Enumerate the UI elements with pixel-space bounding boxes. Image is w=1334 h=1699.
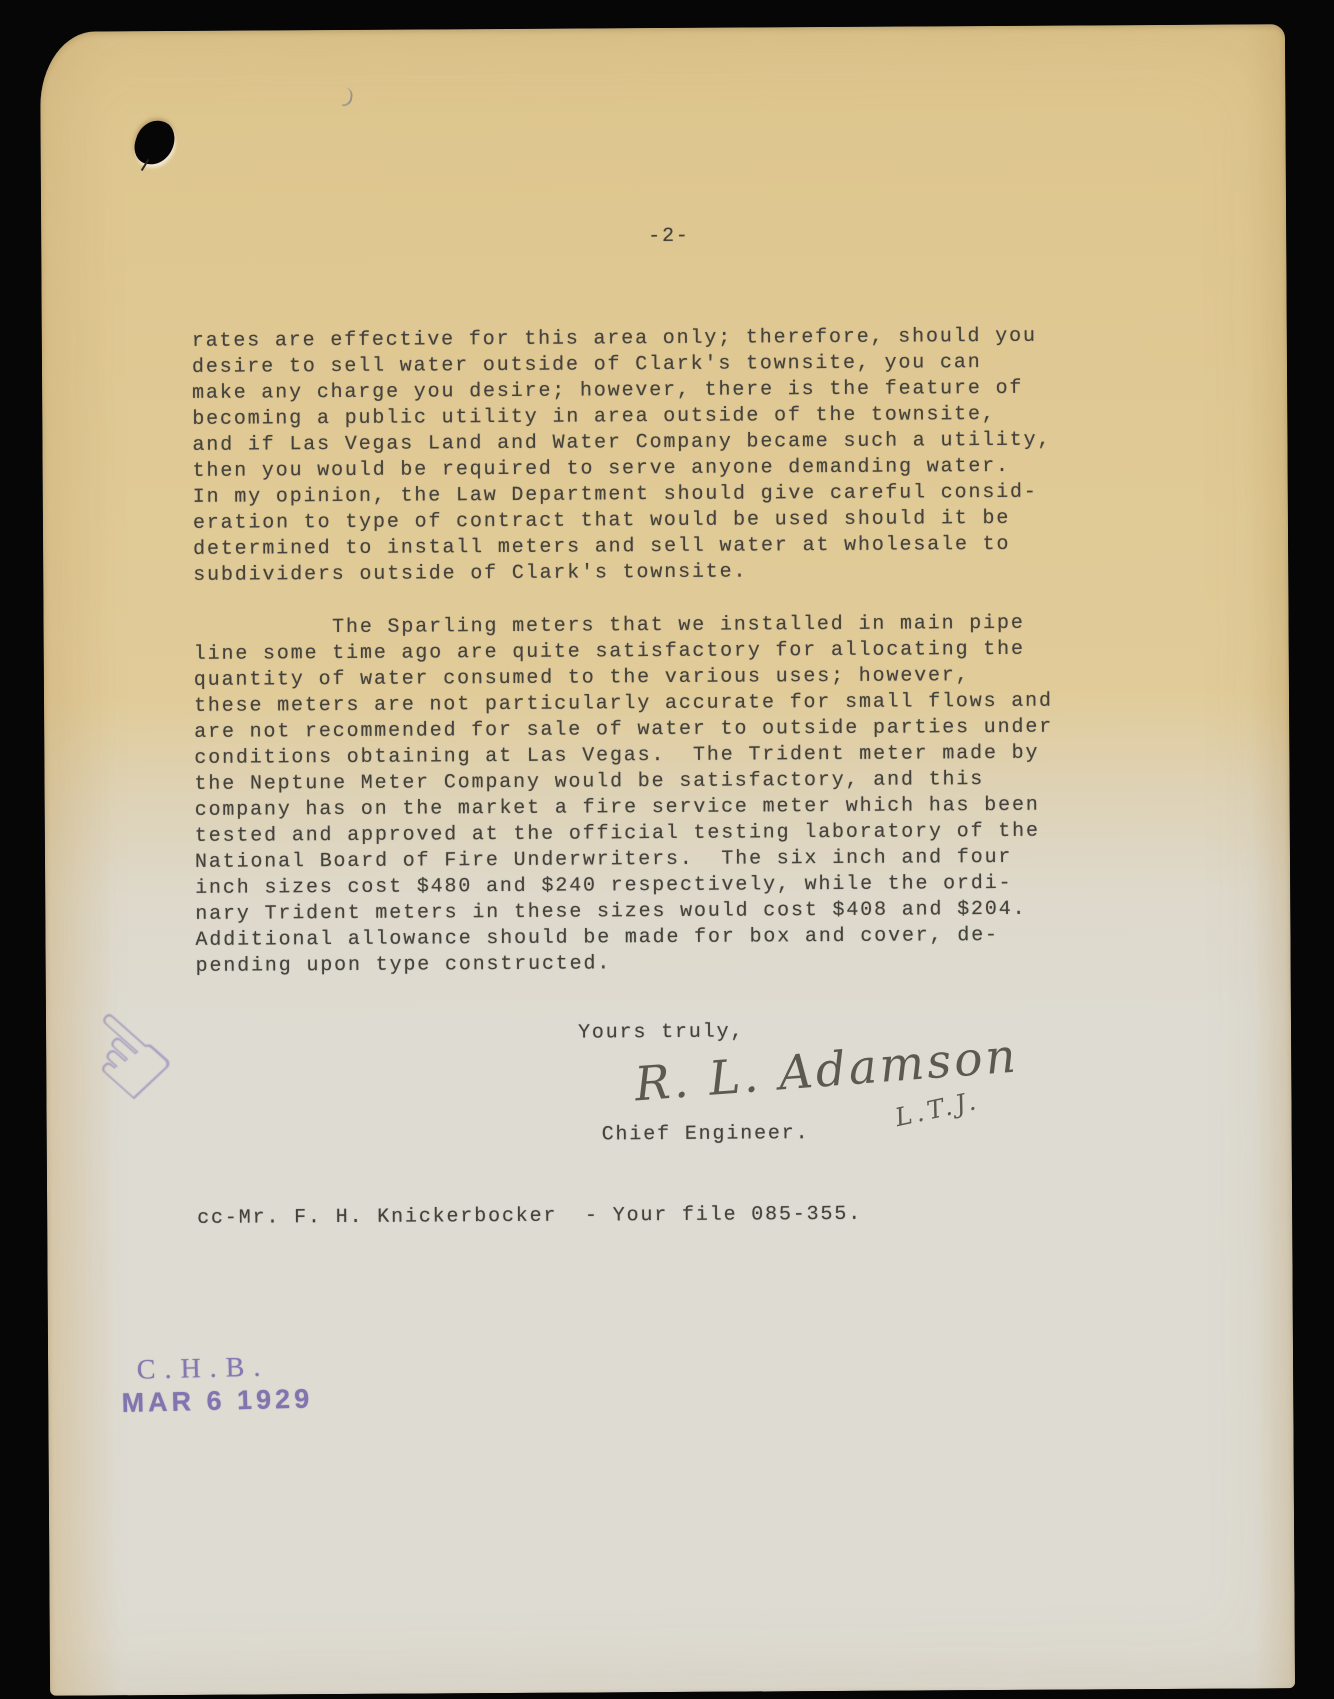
body-paragraph-1: rates are effective for this area only; … xyxy=(192,324,1052,589)
punch-hole xyxy=(131,116,179,169)
received-stamp-initials: C.H.B. xyxy=(120,1351,312,1388)
signer-initials: L.T.J. xyxy=(892,1086,982,1133)
signature-title: Chief Engineer. xyxy=(602,1121,810,1148)
stray-pencil-mark xyxy=(342,87,354,107)
body-paragraph-2: The Sparling meters that we installed in… xyxy=(193,611,1054,980)
closing-salutation: Yours truly, xyxy=(578,1020,744,1047)
received-stamp-date: MAR 6 1929 xyxy=(121,1383,313,1420)
cc-line: cc-Mr. F. H. Knickerbocker - Your file 0… xyxy=(197,1202,862,1232)
scan-background: -2- rates are effective for this area on… xyxy=(0,0,1334,1699)
letter-page-2: -2- rates are effective for this area on… xyxy=(40,24,1295,1696)
received-date-stamp: C.H.B. MAR 6 1929 xyxy=(120,1351,313,1419)
pointing-hand-stamp-icon: ☜ xyxy=(50,980,199,1130)
page-number: -2- xyxy=(648,224,690,250)
